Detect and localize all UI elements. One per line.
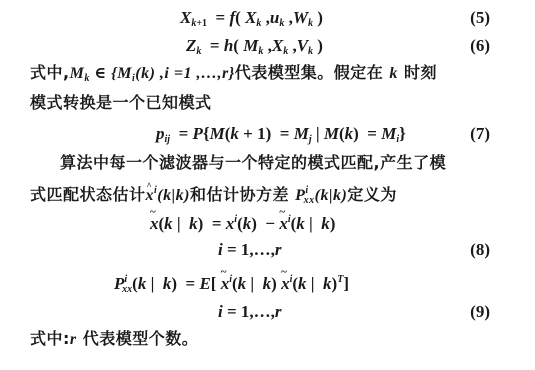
equation-number-6: (6)	[470, 34, 490, 58]
equation-8-line-1: x(k | k) = xi(k) − xi(k | k)	[0, 212, 535, 236]
equation-number-5: (5)	[470, 6, 490, 30]
equation-8-line-2: i = 1,…,r (8)	[0, 238, 535, 262]
equation-6-body: Zk = h( Mk ,Xk ,Vk )	[186, 34, 323, 58]
paragraph-line-2: 模式转换是一个已知模式	[30, 90, 212, 116]
equation-7: pij = P{M(k + 1) = Mj | M(k) = Mi} (7)	[0, 122, 535, 146]
equation-8-body: x(k | k) = xi(k) − xi(k | k)	[150, 212, 335, 236]
text-segment: 代表模型个数。	[83, 329, 199, 348]
text-segment: 时刻	[404, 63, 437, 82]
paragraph-line-3: 算法中每一个滤波器与一个特定的模式匹配,产生了模	[60, 150, 446, 176]
equation-6: Zk = h( Mk ,Xk ,Vk ) (6)	[0, 34, 535, 58]
equation-7-body: pij = P{M(k + 1) = Mj | M(k) = Mi}	[156, 122, 406, 146]
equation-5-body: Xk+1 = f( Xk ,uk ,Wk )	[180, 6, 323, 30]
equation-9-range: i = 1,…,r	[218, 300, 282, 324]
equation-number-8: (8)	[470, 238, 490, 262]
equation-5: Xk+1 = f( Xk ,uk ,Wk ) (5)	[0, 6, 535, 30]
equation-9-line-1: Pixx(k | k) = E[ xi(k | k) xi(k | k)T]	[0, 272, 535, 296]
text-segment: 和估计协方差	[190, 185, 289, 204]
paragraph-line-5: 式中:r 代表模型个数。	[30, 326, 198, 353]
equation-number-9: (9)	[470, 300, 490, 324]
text-segment: 定义为	[347, 185, 397, 204]
covariance-symbol: Pixx(k|k)	[295, 187, 347, 204]
equation-8-range: i = 1,…,r	[218, 238, 282, 262]
equation-9-body: Pixx(k | k) = E[ xi(k | k) xi(k | k)T]	[114, 272, 349, 296]
paper-page: Xk+1 = f( Xk ,uk ,Wk ) (5) Zk = h( Mk ,X…	[0, 0, 535, 370]
text-segment: 代表模型集。假定在	[235, 63, 384, 82]
paragraph-line-4: 式匹配状态估计xi(k|k)和估计协方差 Pixx(k|k)定义为	[30, 182, 397, 209]
model-set-expression: Mk ∈ {Mi(k) ,i =1 ,…,r}	[70, 65, 235, 82]
math-r: r	[70, 331, 77, 348]
text-segment: 式中:	[30, 329, 70, 348]
equation-9-line-2: i = 1,…,r (9)	[0, 300, 535, 324]
math-k: k	[389, 65, 398, 82]
text-segment: 式中,	[30, 63, 70, 82]
text-segment: 式匹配状态估计	[30, 185, 146, 204]
paragraph-line-1: 式中,Mk ∈ {Mi(k) ,i =1 ,…,r}代表模型集。假定在 k 时刻	[30, 60, 437, 87]
equation-number-7: (7)	[470, 122, 490, 146]
